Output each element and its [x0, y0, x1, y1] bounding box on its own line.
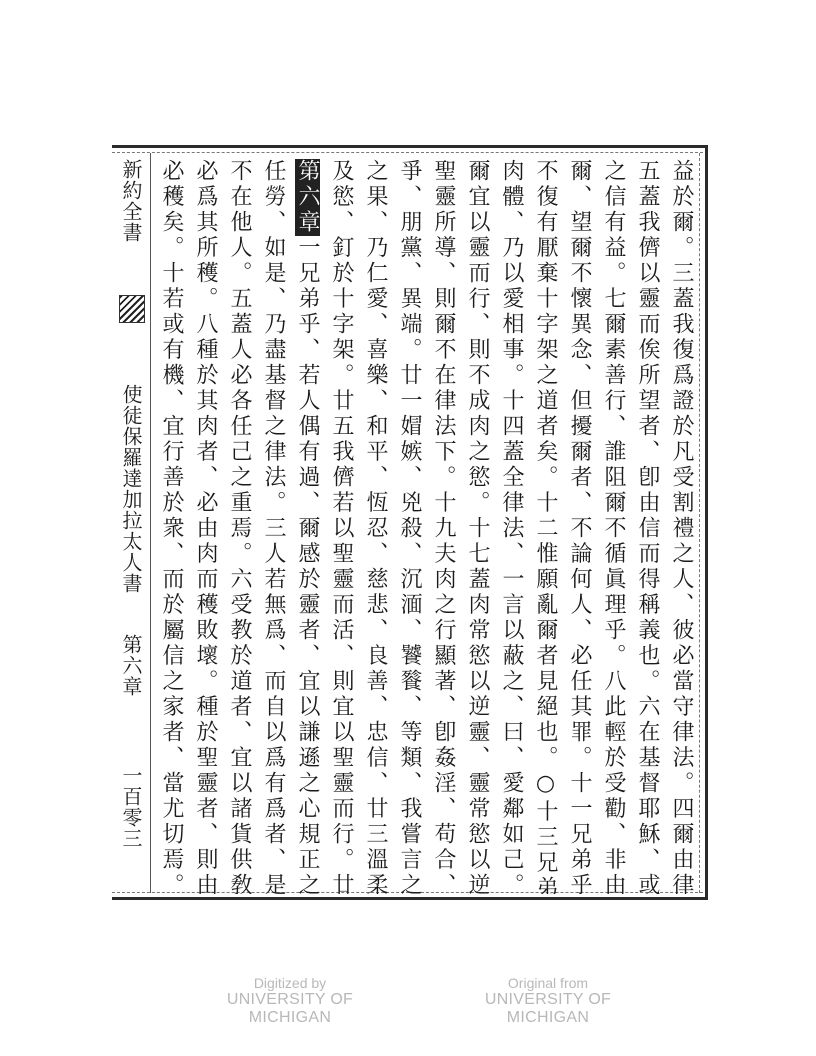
text-column: 任勞、如是、乃盡基督之律法。三人若無爲、而自以爲有爲者、是自欺也。四宜各勘己行、… [258, 159, 288, 894]
text-column: 不復有厭棄十字架之道者矣。十二惟願亂爾者見絕也。○十三兄弟乎、爾蒙召得自由、然勿… [530, 159, 560, 894]
watermark-right-line1: Original from [448, 975, 648, 991]
header-book-name: 使徒保羅達加拉太人書 [114, 384, 148, 594]
header-chapter: 第六章 [114, 634, 148, 697]
body-text: 益於爾。三蓋我復爲證於凡受割禮之人、彼必當守律法。四爾由律法而得稱義者、乃棄基督… [156, 159, 696, 894]
watermark-right-line2: UNIVERSITY OF MICHIGAN [448, 991, 648, 1027]
text-column: 爾宜以靈而行、則不成肉之慾。十七蓋肉常慾以逆靈、靈常慾以逆肉、二者相敵、致爾所願… [462, 159, 492, 894]
top-inner-rule [112, 152, 708, 153]
right-border-rule [705, 145, 708, 900]
text-column: 五蓋我儕以靈而俟所望者、卽由信而得稱義也。六在基督耶穌、或受割禮、或不受割禮、皆… [632, 159, 662, 894]
text-column: 肉體、乃以愛相事。十四蓋全律法、一言以蔽之、曰、愛鄰如己。十五若爾互相吞噬、爾當… [496, 159, 526, 894]
text-column: 益於爾。三蓋我復爲證於凡受割禮之人、彼必當守律法。四爾由律法而得稱義者、乃棄基督… [666, 159, 696, 894]
text-column: 之信有益。七爾素善行、誰阻爾不循眞理乎。八此輕於受勸、非由召爾者也。九少許之酵、… [598, 159, 628, 894]
fishtail-ornament-icon [119, 295, 145, 323]
header-title: 新約全書 [114, 159, 148, 243]
text-column: 必爲其所穫。八種於其肉者、必由肉而穫敗壞。種於聖靈者、則由聖靈而穫永生。九行善勿… [190, 159, 220, 894]
bottom-border-rule [112, 897, 708, 900]
text-column: 爾、望爾不懷異念、但擾爾者、不論何人、必任其罪。十一兄弟乎、我若仍傳受割之禮、則… [564, 159, 594, 894]
digitization-watermark: Digitized by UNIVERSITY OF MICHIGAN Orig… [0, 975, 816, 1025]
watermark-digitized-by: Digitized by UNIVERSITY OF MICHIGAN [190, 975, 390, 1027]
watermark-original-from: Original from UNIVERSITY OF MICHIGAN [448, 975, 648, 1027]
watermark-left-line2: UNIVERSITY OF MICHIGAN [190, 991, 390, 1027]
text-column: 必穫矣。十若或有機、宜行善於衆、而於屬信之家者、當尤切焉。○十一爾見我手書、何等… [156, 159, 186, 894]
watermark-left-line1: Digitized by [190, 975, 390, 991]
text-column: 聖靈所導、則爾不在律法下。十九夫肉之行顯著、卽姦淫、苟合、汚穢、邪侈。二十拜偶像… [428, 159, 458, 894]
header-page-number: 一百零三 [114, 765, 148, 849]
text-column: 不在他人。五蓋人必各任己之重焉。六受教於道者、宜以諸貨供敎者。七毋自欺也、神不可… [224, 159, 254, 894]
text-column: 之果、乃仁愛、喜樂、和平、恆忍、慈悲、良善、忠信、廿三溫柔、撙節。如此者、律法無… [360, 159, 390, 894]
margin-divider-rule [150, 153, 151, 893]
text-column: 爭、朋黨、異端。廿一媢嫉、兇殺、沉湎、饕餮、等類、我嘗言之、今復預以語爾、凡行此… [394, 159, 424, 894]
text-column-chapter-start: 第六章一兄弟乎、若人偶有過、爾感於靈者、宜以謙遜之心規正之、且宜自顧、恐爾亦被誘… [292, 159, 322, 894]
top-border-rule [112, 145, 708, 148]
scanned-page: 新約全書 使徒保羅達加拉太人書 第六章 一百零三 益於爾。三蓋我復爲證於凡受割禮… [112, 145, 708, 900]
text-column: 及慾、釘於十字架。廿五我儕若以聖靈而活、則宜以聖靈而行。廿六勿倘虛榮、勿相激怒、… [326, 159, 356, 894]
running-header: 新約全書 使徒保羅達加拉太人書 第六章 一百零三 [114, 159, 148, 889]
chapter-heading-mark: 第六章 [295, 159, 320, 236]
right-inner-rule [699, 153, 700, 893]
